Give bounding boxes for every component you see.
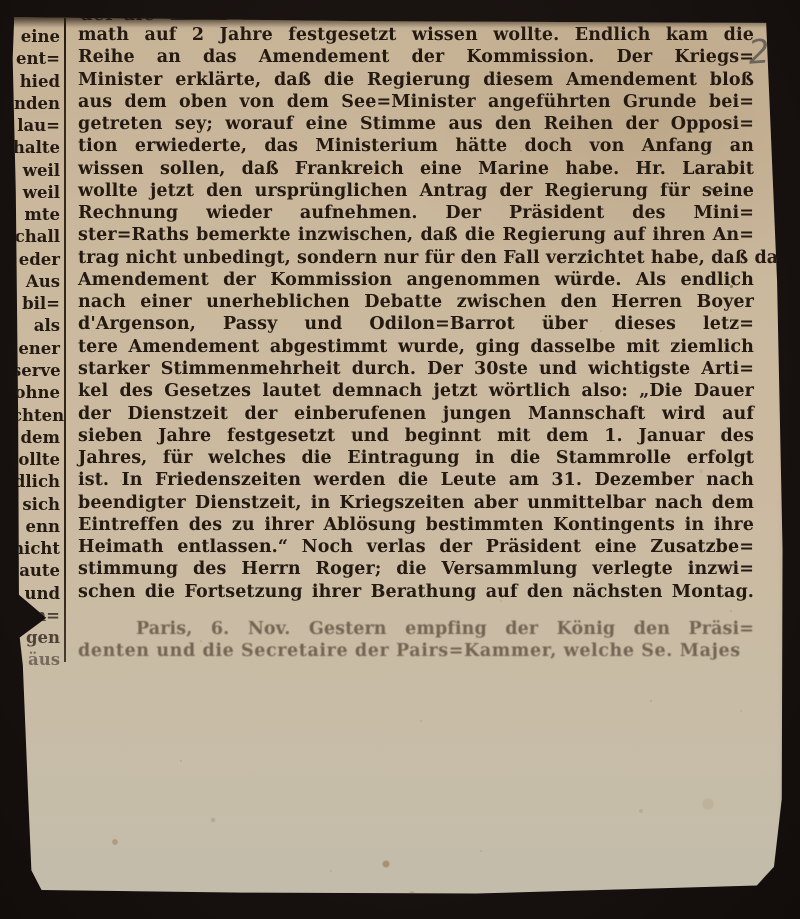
margin-fragment: äus: [12, 649, 60, 671]
text-line: stimmung des Herrn Roger; die Versammlun…: [78, 558, 754, 580]
margin-fragment: hied: [12, 71, 60, 93]
margin-fragment: nicht: [12, 538, 60, 560]
pencil-page-number: 2: [738, 29, 781, 76]
text-line: Amendement der Kommission angenommen wür…: [78, 269, 754, 291]
margin-fragment: ollte: [12, 449, 60, 471]
margin-fragment: dem: [12, 427, 60, 449]
text-line: der Dienstzeit der einberufenen jungen M…: [78, 403, 754, 425]
margin-fragment: enn: [12, 516, 60, 538]
text-line: sieben Jahre festgesetzt und beginnt mit…: [78, 425, 754, 447]
text-line: ist. In Friedenszeiten werden die Leute …: [78, 469, 754, 491]
text-line: d'Argenson, Passy und Odilon=Barrot über…: [78, 313, 754, 335]
margin-fragment: chten: [12, 405, 60, 427]
text-line: tion erwiederte, das Ministerium hätte d…: [78, 135, 754, 157]
text-line: wollte jetzt den ursprünglichen Antrag d…: [78, 180, 754, 202]
text-line: schen die Fortsetzung ihrer Berathung au…: [78, 581, 754, 603]
margin-fragment: ener: [12, 338, 60, 360]
paper-speckles: [8, 14, 10, 16]
margin-fragment: om=: [12, 605, 60, 627]
text-line: wissen sollen, daß Frankreich eine Marin…: [78, 158, 754, 180]
text-line: Jahres, für welches die Eintragung in di…: [78, 447, 754, 469]
margin-fragment: halte: [12, 137, 60, 159]
margin-fragment: weil: [12, 182, 60, 204]
margin-fragment: Aus: [12, 271, 60, 293]
text-line: nach einer unerheblichen Debatte zwische…: [78, 291, 754, 313]
paris-paragraph: Paris, 6. Nov. Gestern empfing der König…: [78, 618, 754, 663]
text-line: trag nicht unbedingt, sondern nur für de…: [78, 247, 754, 269]
margin-fragment: eder: [12, 249, 60, 271]
text-line: tere Amendement abgestimmt wurde, ging d…: [78, 336, 754, 358]
text-line: kel des Gesetzes lautet demnach jetzt wö…: [78, 380, 754, 402]
margin-fragment: weil: [12, 160, 60, 182]
text-line: getreten sey; worauf eine Stimme aus den…: [78, 113, 754, 135]
text-line: Eintreffen des zu ihrer Ablösung bestimm…: [78, 514, 754, 536]
margin-fragment: nden: [12, 93, 60, 115]
margin-fragment: gen: [12, 627, 60, 649]
margin-fragment: chall: [12, 226, 60, 248]
margin-fragment: eine: [12, 26, 60, 48]
text-line: Reihe an das Amendement der Kommission. …: [78, 46, 754, 68]
text-line: aus dem oben von dem See=Minister angefü…: [78, 91, 754, 113]
margin-fragment: mte: [12, 204, 60, 226]
text-line: Minister erklärte, daß die Regierung die…: [78, 69, 754, 91]
margin-fragment: und: [12, 583, 60, 605]
clipped-smudge: [242, 14, 276, 20]
margin-fragment: sich: [12, 494, 60, 516]
text-line: Heimath entlassen.“ Noch verlas der Präs…: [78, 536, 754, 558]
text-line: math auf 2 Jahre festgesetzt wissen woll…: [78, 24, 754, 46]
text-line: denten und die Secretaire der Pairs=Kamm…: [78, 640, 754, 662]
newspaper-clipping: der die eineent=hiedndenlau=halteweilwei…: [8, 14, 788, 906]
margin-fragment: bil=: [12, 293, 60, 315]
article-text-block: math auf 2 Jahre festgesetzt wissen woll…: [78, 24, 754, 662]
margin-fragment: als: [12, 315, 60, 337]
text-line: ster=Raths bemerkte inzwischen, daß die …: [78, 224, 754, 246]
scan-background: der die eineent=hiedndenlau=halteweilwei…: [0, 0, 800, 919]
text-line: beendigter Dienstzeit, in Kriegszeiten a…: [78, 492, 754, 514]
article-lines: math auf 2 Jahre festgesetzt wissen woll…: [78, 24, 754, 603]
column-divider-rule: [64, 18, 66, 662]
margin-fragment: dlich: [12, 471, 60, 493]
text-line: Paris, 6. Nov. Gestern empfing der König…: [78, 618, 754, 640]
text-line: Rechnung wieder aufnehmen. Der Präsident…: [78, 202, 754, 224]
text-line: starker Stimmenmehrheit durch. Der 30ste…: [78, 358, 754, 380]
marginal-column-fragments: eineent=hiedndenlau=halteweilweilmtechal…: [12, 26, 60, 672]
margin-fragment: serve: [12, 360, 60, 382]
margin-fragment: lau=: [12, 115, 60, 137]
clipped-smudge: [170, 14, 228, 20]
margin-fragment: aute: [12, 560, 60, 582]
margin-fragment: ent=: [12, 48, 60, 70]
margin-fragment: ohne: [12, 382, 60, 404]
